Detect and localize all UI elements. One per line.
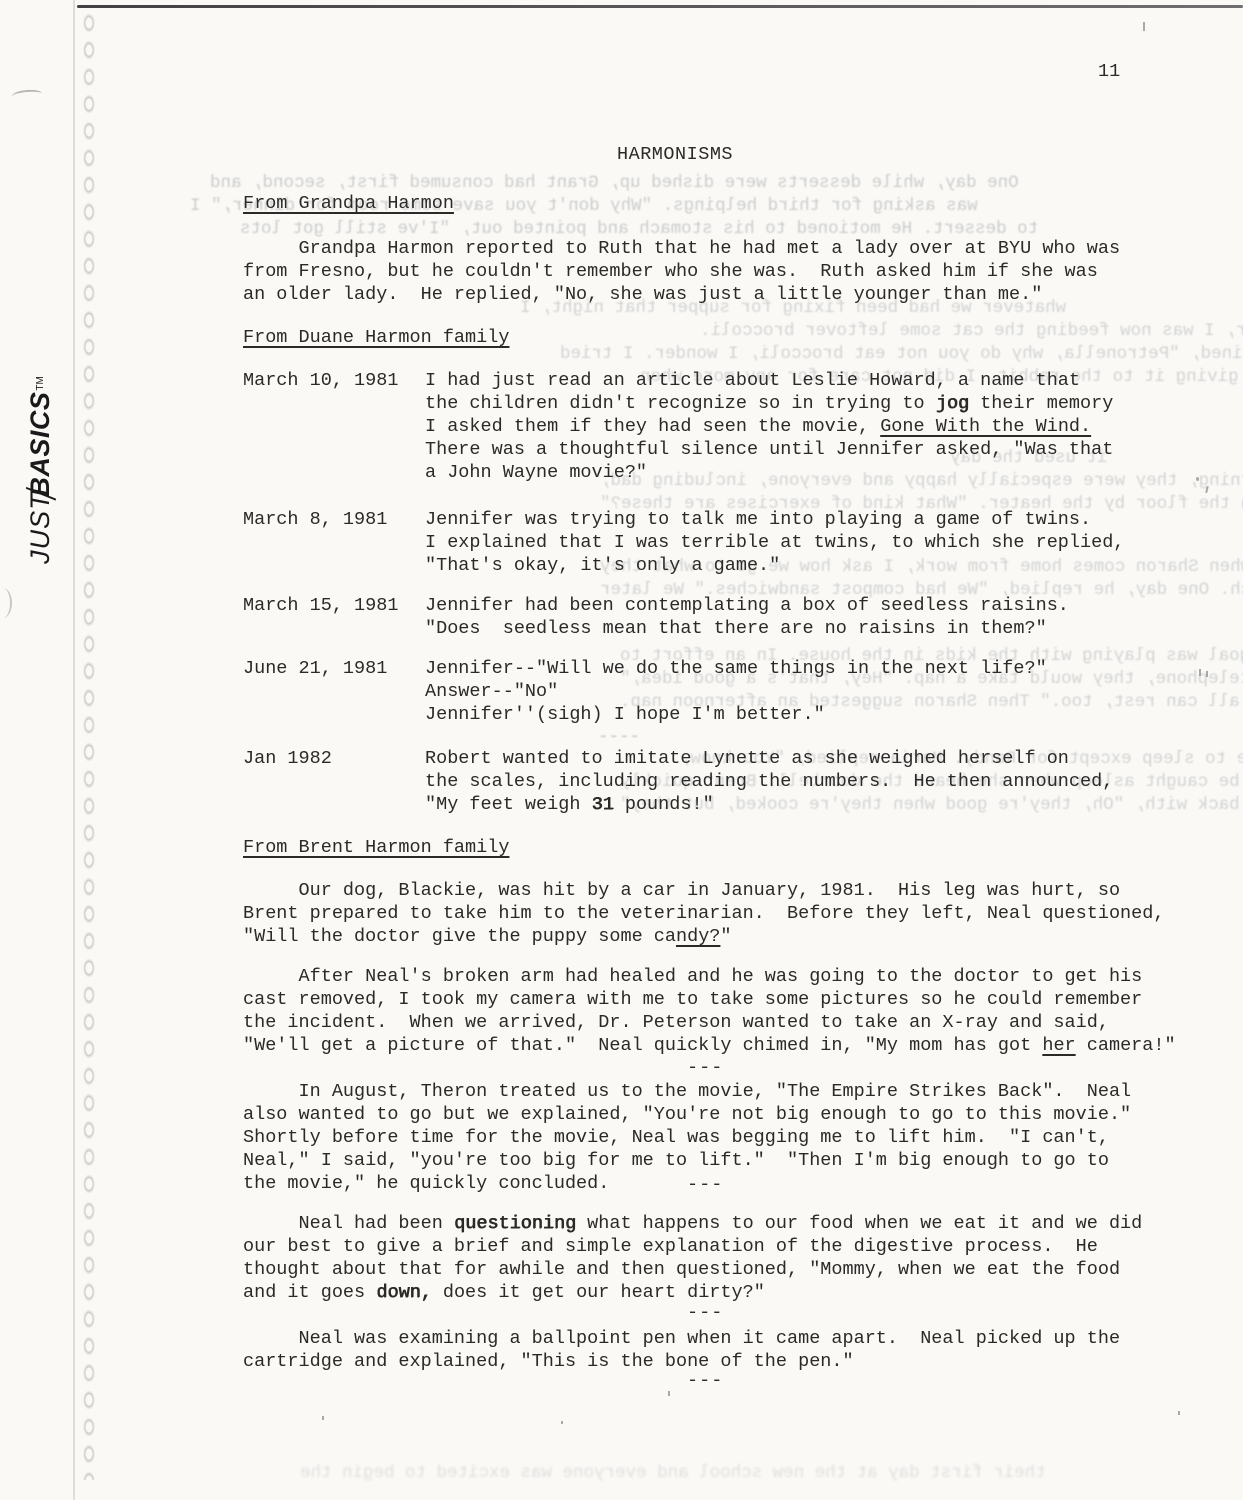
trademark-symbol: TM: [35, 376, 46, 390]
bleedthrough-text: One day, while desserts were dished up, …: [210, 172, 1019, 194]
section-heading-grandpa-harmon: From Grandpa Harmon: [243, 192, 454, 215]
scanned-page: One day, while desserts were dished up, …: [0, 0, 1243, 1500]
bleedthrough-text: their first day at the new school and ev…: [300, 1462, 1046, 1484]
separator-dashes: ---: [687, 1369, 723, 1392]
scan-speck: [1178, 1411, 1180, 1415]
scan-artifact-arc: [0, 588, 12, 618]
entry-date: March 8, 1981: [243, 508, 387, 531]
paragraph-digestion: Neal had been questioning what happens t…: [243, 1212, 1142, 1304]
scan-artifact-dash: [12, 89, 43, 102]
entry-text: Jennifer was trying to talk me into play…: [425, 508, 1124, 577]
entry-text: Robert wanted to imitate Lynette as she …: [425, 747, 1113, 816]
scan-edge-line: [77, 5, 1243, 8]
section-heading-duane-harmon-family: From Duane Harmon family: [243, 326, 509, 349]
brand-logo-just: JUST: [25, 492, 55, 564]
section-heading-brent-harmon-family: From Brent Harmon family: [243, 836, 509, 859]
entry-text: Jennifer--"Will we do the same things in…: [425, 657, 1047, 726]
page-number: 11: [1098, 60, 1120, 83]
bleedthrough-text: explained, "Petronella, why do you not e…: [560, 343, 1243, 365]
page-binding-edge: [73, 0, 75, 1500]
entry-text: I had just read an article about Leslie …: [425, 369, 1113, 484]
perforation-edge: [80, 10, 98, 1480]
entry-text: Jennifer had been contemplating a box of…: [425, 594, 1069, 640]
separator-dashes: ---: [687, 1173, 723, 1196]
entry-date: March 15, 1981: [243, 594, 398, 617]
bleedthrough-text: In November, I was now feeding the cat s…: [700, 320, 1243, 342]
brand-logo-basics: BASICS: [25, 392, 55, 497]
brand-logo: JUST/BASICSTM: [18, 370, 58, 570]
entry-date: Jan 1982: [243, 747, 332, 770]
document-title: HARMONISMS: [617, 143, 733, 166]
bleedthrough-text: ----: [598, 726, 640, 748]
paragraph-blackie: Our dog, Blackie, was hit by a car in Ja…: [243, 879, 1164, 948]
entry-date: March 10, 1981: [243, 369, 398, 392]
paragraph-grandpa: Grandpa Harmon reported to Ruth that he …: [243, 237, 1120, 306]
scan-speck: [322, 1416, 324, 1420]
separator-dashes: ---: [687, 1056, 723, 1079]
separator-dashes: ---: [687, 1301, 723, 1324]
scan-speck: [1143, 22, 1145, 31]
entry-date: June 21, 1981: [243, 657, 387, 680]
scan-speck: [668, 1391, 670, 1396]
paragraph-ballpoint-pen: Neal was examining a ballpoint pen when …: [243, 1327, 1120, 1373]
paragraph-camera: After Neal's broken arm had healed and h…: [243, 965, 1176, 1057]
scan-speck: [561, 1421, 563, 1424]
